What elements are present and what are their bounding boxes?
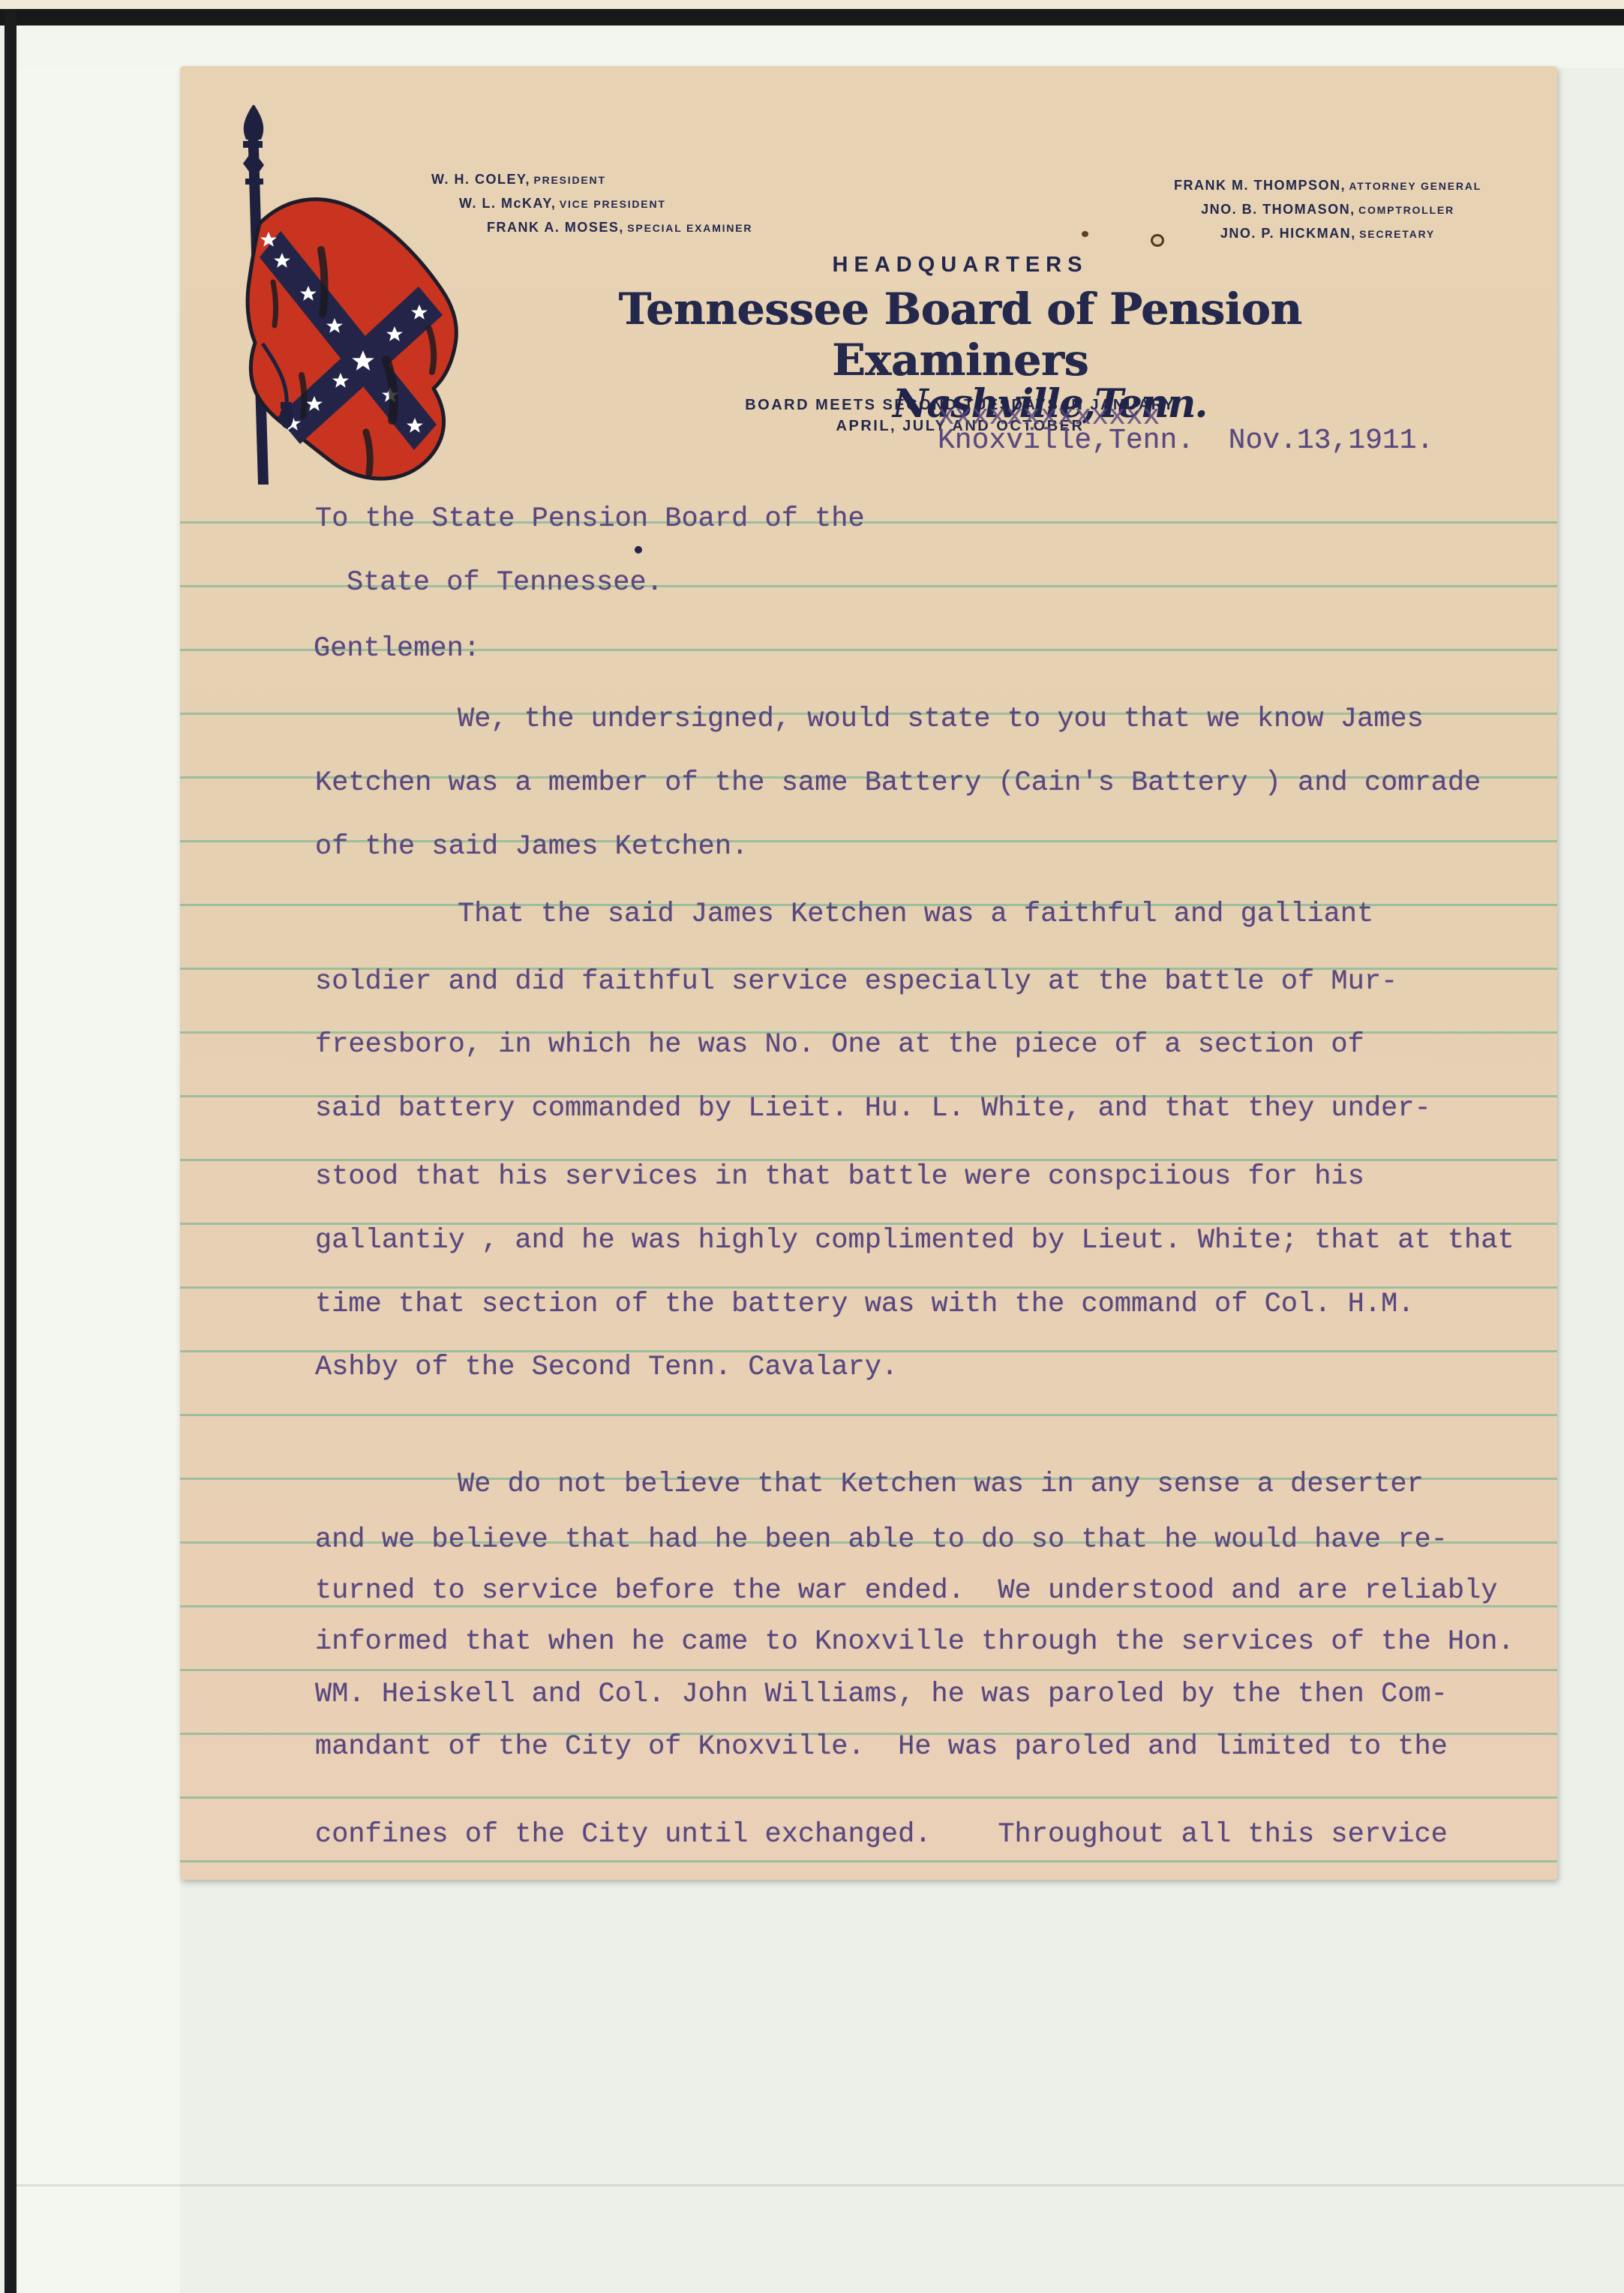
typed-line: informed that when he came to Knoxville … [315,1626,1514,1658]
typed-line: We, the undersigned, would state to you … [458,704,1424,735]
organization-name: Tennessee Board of Pension Examiners [600,284,1320,386]
typed-line: Ketchen was a member of the same Battery… [315,767,1481,799]
photo-frame-top [0,9,1624,26]
typed-line-recipient-1: To the State Pension Board of the [315,503,865,535]
typed-line: gallantiy , and he was highly compliment… [315,1225,1514,1256]
ink-speck [1082,231,1088,237]
typed-line: freesboro, in which he was No. One at th… [315,1029,1364,1061]
ink-dot [635,546,642,554]
typed-line: WM. Heiskell and Col. John Williams, he … [315,1679,1448,1710]
typed-line: That the said James Ketchen was a faithf… [458,899,1373,930]
typed-line: stood that his services in that battle w… [315,1161,1364,1193]
typed-line: turned to service before the war ended. … [315,1575,1497,1607]
typed-line: soldier and did faithful service especia… [315,966,1397,998]
typed-line: of the said James Ketchen. [315,831,748,863]
photo-top-edge [0,0,1624,9]
scan-mat-left [17,26,180,2293]
letter-paper: W. H. COLEY, PRESIDENT W. L. McKAY, VICE… [180,66,1557,1880]
typed-line: Ashby of the Second Tenn. Cavalary. [315,1352,898,1383]
typed-line-salutation: Gentlemen: [314,633,480,665]
scan-mat-top [17,26,1624,68]
typed-dateline: Knoxville,Tenn. Nov.13,1911. [938,425,1433,457]
typed-line: time that section of the battery was wit… [315,1289,1414,1320]
backing-crease [17,2184,1624,2186]
typed-line: said battery commanded by Lieit. Hu. L. … [315,1093,1431,1124]
typed-line: confines of the City until exchanged. Th… [315,1819,1448,1850]
ink-speck [1151,234,1164,247]
confederate-flag-icon [195,104,465,501]
typed-line-recipient-2: State of Tennessee. [347,567,663,599]
photo-frame-left [5,9,17,2293]
typed-line: mandant of the City of Knoxville. He was… [315,1731,1448,1763]
typed-line: We do not believe that Ketchen was in an… [458,1469,1424,1500]
typed-line: and we believe that had he been able to … [315,1524,1448,1556]
headquarters-label: HEADQUARTERS [600,253,1320,278]
